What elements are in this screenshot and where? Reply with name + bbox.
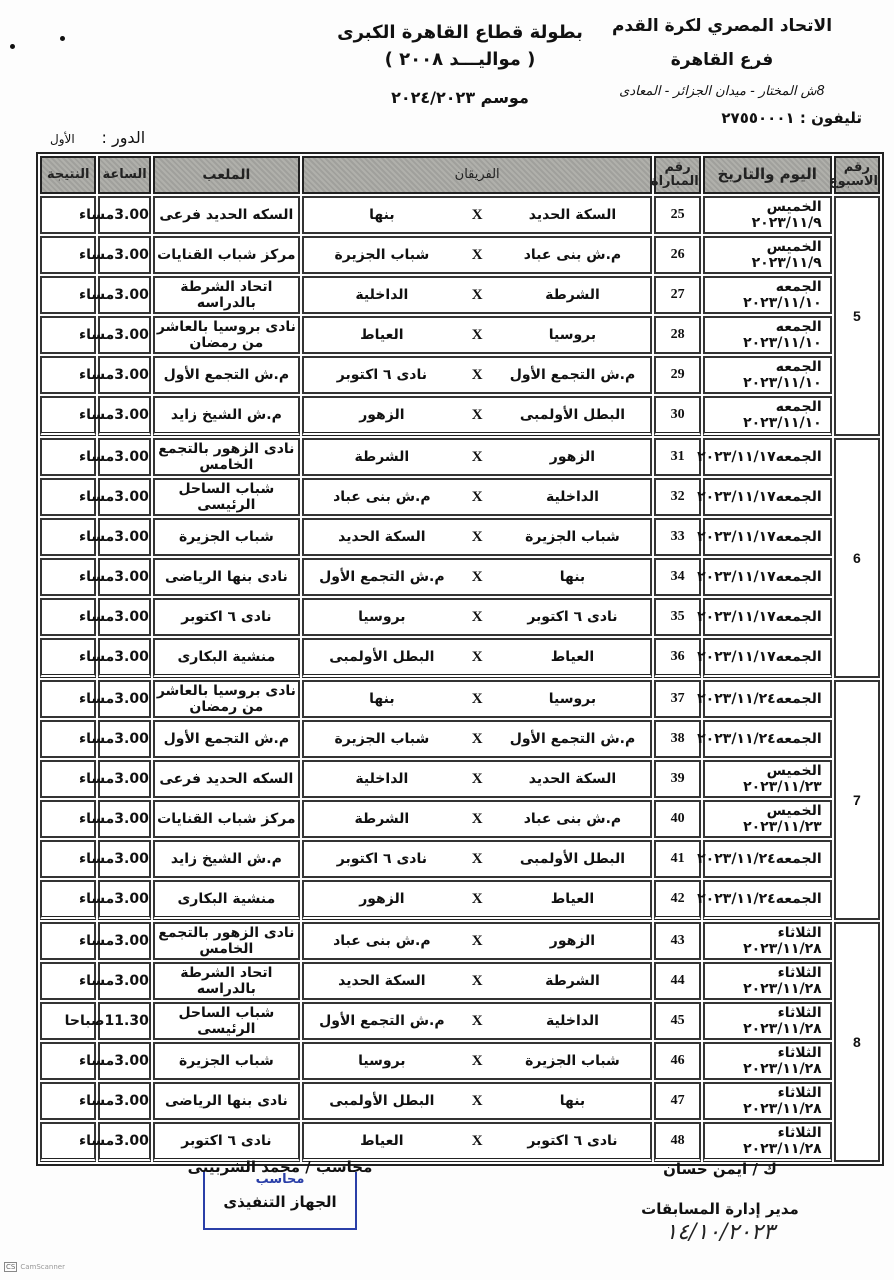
- home-team: بروسيا: [494, 691, 650, 707]
- match-number: 35: [654, 598, 700, 636]
- match-venue: نادى بنها الرياضى: [153, 1082, 300, 1120]
- match-venue: نادى بروسيا بالعاشر من رمضان: [153, 680, 300, 718]
- match-venue: نادى الزهور بالتجمع الخامس: [153, 438, 300, 476]
- away-team: الزهور: [304, 891, 460, 907]
- home-team: م.ش بنى عباد: [494, 811, 650, 827]
- match-date: الجمعه ٢٠٢٣/١١/١٠: [703, 396, 832, 436]
- match-number: 37: [654, 680, 700, 718]
- col-venue: الملعب: [153, 156, 300, 194]
- scanner-watermark: CS CamScanner: [4, 1262, 65, 1272]
- vs-mark: X: [460, 851, 495, 868]
- match-venue: منشية البكارى: [153, 638, 300, 678]
- match-date: الثلاثاء ٢٠٢٣/١١/٢٨: [703, 922, 832, 960]
- vs-mark: X: [460, 1053, 495, 1070]
- signatory-name: ك / ايمن حسان: [600, 1160, 840, 1178]
- week-number: 5: [834, 196, 880, 436]
- match-teams: البطل الأولمبى X نادى ٦ اكتوبر: [302, 840, 653, 878]
- table-row: الجمعه ٢٠٢٣/١١/١٠29 م.ش التجمع الأول X ن…: [40, 356, 880, 394]
- away-team: بنها: [304, 691, 460, 707]
- away-team: البطل الأولمبى: [304, 1093, 460, 1109]
- match-date: الجمعه٢٠٢٣/١١/٢٤: [703, 720, 832, 758]
- match-teams: شباب الجزيرة X السكة الحديد: [302, 518, 653, 556]
- table-row: الجمعه ٢٠٢٣/١١/١٠28 بروسيا X العياط نادى…: [40, 316, 880, 354]
- away-team: شباب الجزيرة: [304, 247, 460, 263]
- table-row: الجمعه٢٠٢٣/١١/١٧34 بنها X م.ش التجمع الأ…: [40, 558, 880, 596]
- match-time: 3.00مساء: [98, 840, 150, 878]
- home-team: الزهور: [494, 449, 650, 465]
- match-date: الثلاثاء ٢٠٢٣/١١/٢٨: [703, 1122, 832, 1162]
- match-time: 3.00مساء: [98, 478, 150, 516]
- match-time: 3.00مساء: [98, 396, 150, 436]
- match-venue: السكه الحديد فرعى: [153, 760, 300, 798]
- away-team: الزهور: [304, 407, 460, 423]
- table-row: الثلاثاء ٢٠٢٣/١١/٢٨45 الداخلية X م.ش الت…: [40, 1002, 880, 1040]
- match-venue: شباب الجزيرة: [153, 518, 300, 556]
- home-team: السكة الحديد: [494, 207, 650, 223]
- match-number: 46: [654, 1042, 700, 1080]
- schedule-body: 5الخميس ٢٠٢٣/١١/٩25 السكة الحديد X بنها …: [40, 196, 880, 1162]
- match-date: الخميس ٢٠٢٣/١١/٢٣: [703, 800, 832, 838]
- vs-mark: X: [460, 811, 495, 828]
- match-number: 28: [654, 316, 700, 354]
- match-time: 3.00مساء: [98, 236, 150, 274]
- home-team: م.ش التجمع الأول: [494, 731, 650, 747]
- home-team: البطل الأولمبى: [494, 851, 650, 867]
- org-header: الاتحاد المصري لكرة القدم فرع القاهرة 8ش…: [572, 14, 872, 127]
- vs-mark: X: [460, 1093, 495, 1110]
- col-date: اليوم والتاريخ: [703, 156, 832, 194]
- table-row: الجمعه ٢٠٢٣/١١/١٠27 الشرطة X الداخلية ات…: [40, 276, 880, 314]
- home-team: بنها: [494, 1093, 650, 1109]
- match-teams: م.ش التجمع الأول X نادى ٦ اكتوبر: [302, 356, 653, 394]
- stamp-line-1: محاسب: [205, 1172, 355, 1187]
- schedule-table: رقم الاسبوع اليوم والتاريخ رقم المباراة …: [36, 152, 884, 1166]
- phone-label: تليفون :: [800, 109, 862, 127]
- vs-mark: X: [460, 247, 495, 264]
- match-time: 3.00مساء: [98, 680, 150, 718]
- table-row: الخميس ٢٠٢٣/١١/٩26 م.ش بنى عباد X شباب ا…: [40, 236, 880, 274]
- match-time: 3.00مساء: [98, 196, 150, 234]
- match-date: الجمعه ٢٠٢٣/١١/١٠: [703, 356, 832, 394]
- table-row: الثلاثاء ٢٠٢٣/١١/٢٨47 بنها X البطل الأول…: [40, 1082, 880, 1120]
- home-team: نادى ٦ اكتوبر: [494, 609, 650, 625]
- vs-mark: X: [460, 529, 495, 546]
- table-row: الجمعه ٢٠٢٣/١١/١٠30 البطل الأولمبى X الز…: [40, 396, 880, 436]
- vs-mark: X: [460, 609, 495, 626]
- match-number: 34: [654, 558, 700, 596]
- vs-mark: X: [460, 489, 495, 506]
- match-number: 32: [654, 478, 700, 516]
- match-date: الجمعه ٢٠٢٣/١١/١٠: [703, 316, 832, 354]
- match-time: 3.00مساء: [98, 316, 150, 354]
- match-number: 43: [654, 922, 700, 960]
- vs-mark: X: [460, 449, 495, 466]
- match-teams: بروسيا X بنها: [302, 680, 653, 718]
- signature-block-accountant: محاسب / محمد الشربينى محاسب الجهاز التنف…: [180, 1158, 380, 1230]
- match-venue: شباب الساحل الرئيسى: [153, 478, 300, 516]
- match-teams: بنها X البطل الأولمبى: [302, 1082, 653, 1120]
- branch-name: فرع القاهرة: [572, 50, 872, 70]
- away-team: السكة الحديد: [304, 529, 460, 545]
- match-venue: مركز شباب القنايات: [153, 236, 300, 274]
- scanner-text: CamScanner: [20, 1263, 65, 1271]
- match-venue: نادى ٦ اكتوبر: [153, 598, 300, 636]
- match-date: الجمعه٢٠٢٣/١١/١٧: [703, 438, 832, 476]
- table-row: الجمعه٢٠٢٣/١١/١٧33 شباب الجزيرة X السكة …: [40, 518, 880, 556]
- match-teams: العياط X الزهور: [302, 880, 653, 920]
- match-number: 42: [654, 880, 700, 920]
- match-time: 3.00مساء: [98, 638, 150, 678]
- match-number: 27: [654, 276, 700, 314]
- match-teams: م.ش التجمع الأول X شباب الجزيرة: [302, 720, 653, 758]
- vs-mark: X: [460, 771, 495, 788]
- vs-mark: X: [460, 731, 495, 748]
- away-team: بروسيا: [304, 609, 460, 625]
- table-row: 8الثلاثاء ٢٠٢٣/١١/٢٨43 الزهور X م.ش بنى …: [40, 922, 880, 960]
- home-team: م.ش بنى عباد: [494, 247, 650, 263]
- table-row: الجمعه٢٠٢٣/١١/١٧32 الداخلية X م.ش بنى عب…: [40, 478, 880, 516]
- col-result: النتيجة: [40, 156, 96, 194]
- vs-mark: X: [460, 891, 495, 908]
- away-team: شباب الجزيرة: [304, 731, 460, 747]
- table-row: الخميس ٢٠٢٣/١١/٢٣39 السكة الحديد X الداخ…: [40, 760, 880, 798]
- match-number: 30: [654, 396, 700, 436]
- phone-line: تليفون : ٢٧٥٥٠٠٠١: [572, 109, 872, 127]
- match-teams: السكة الحديد X بنها: [302, 196, 653, 234]
- home-team: الداخلية: [494, 489, 650, 505]
- match-time: 3.00مساء: [98, 720, 150, 758]
- match-time: 3.00مساء: [98, 760, 150, 798]
- vs-mark: X: [460, 327, 495, 344]
- table-row: الجمعه٢٠٢٣/١١/١٧36 العياط X البطل الأولم…: [40, 638, 880, 678]
- away-team: م.ش التجمع الأول: [304, 569, 460, 585]
- match-time: 11.30صباحا: [98, 1002, 150, 1040]
- match-date: الجمعه٢٠٢٣/١١/١٧: [703, 638, 832, 678]
- away-team: بنها: [304, 207, 460, 223]
- match-date: الجمعه٢٠٢٣/١١/١٧: [703, 598, 832, 636]
- address: 8ش المختار - ميدان الجزائر - المعادى: [572, 84, 872, 99]
- away-team: الداخلية: [304, 287, 460, 303]
- home-team: البطل الأولمبى: [494, 407, 650, 423]
- week-number: 6: [834, 438, 880, 678]
- match-number: 33: [654, 518, 700, 556]
- week-number: 7: [834, 680, 880, 920]
- match-number: 39: [654, 760, 700, 798]
- match-date: الجمعه٢٠٢٣/١١/١٧: [703, 478, 832, 516]
- match-time: 3.00مساء: [98, 880, 150, 920]
- away-team: نادى ٦ اكتوبر: [304, 367, 460, 383]
- match-venue: م.ش الشيخ زايد: [153, 396, 300, 436]
- signatory-title: مدير إدارة المسابقات: [600, 1200, 840, 1218]
- season: موسم ٢٠٢٤/٢٠٢٣: [310, 88, 610, 107]
- match-number: 38: [654, 720, 700, 758]
- home-team: الشرطة: [494, 973, 650, 989]
- match-number: 31: [654, 438, 700, 476]
- home-team: العياط: [494, 891, 650, 907]
- home-team: نادى ٦ اكتوبر: [494, 1133, 650, 1149]
- match-teams: الشرطة X الداخلية: [302, 276, 653, 314]
- match-number: 45: [654, 1002, 700, 1040]
- match-teams: بروسيا X العياط: [302, 316, 653, 354]
- match-number: 26: [654, 236, 700, 274]
- table-row: الجمعه٢٠٢٣/١١/٢٤42 العياط X الزهور منشية…: [40, 880, 880, 920]
- home-team: م.ش التجمع الأول: [494, 367, 650, 383]
- match-date: الجمعه٢٠٢٣/١١/١٧: [703, 558, 832, 596]
- match-teams: شباب الجزيرة X بروسيا: [302, 1042, 653, 1080]
- table-row: الثلاثاء ٢٠٢٣/١١/٢٨44 الشرطة X السكة الح…: [40, 962, 880, 1000]
- home-team: الزهور: [494, 933, 650, 949]
- match-time: 3.00مساء: [98, 800, 150, 838]
- away-team: الشرطة: [304, 811, 460, 827]
- match-venue: السكه الحديد فرعى: [153, 196, 300, 234]
- match-venue: شباب الجزيرة: [153, 1042, 300, 1080]
- official-stamp: محاسب الجهاز التنفيذى: [203, 1172, 357, 1230]
- table-row: الجمعه٢٠٢٣/١١/٢٤41 البطل الأولمبى X نادى…: [40, 840, 880, 878]
- home-team: السكة الحديد: [494, 771, 650, 787]
- match-teams: الشرطة X السكة الحديد: [302, 962, 653, 1000]
- home-team: بنها: [494, 569, 650, 585]
- match-number: 40: [654, 800, 700, 838]
- round-label: الدور :: [101, 128, 145, 147]
- match-number: 36: [654, 638, 700, 678]
- match-date: الجمعه٢٠٢٣/١١/٢٤: [703, 840, 832, 878]
- match-time: 3.00مساء: [98, 518, 150, 556]
- match-time: 3.00مساء: [98, 276, 150, 314]
- match-venue: اتحاد الشرطة بالدراسه: [153, 962, 300, 1000]
- match-number: 25: [654, 196, 700, 234]
- match-time: 3.00مساء: [98, 962, 150, 1000]
- signature-block-competitions: ك / ايمن حسان مدير إدارة المسابقات ١٤/١٠…: [600, 1160, 840, 1245]
- home-team: الداخلية: [494, 1013, 650, 1029]
- match-venue: مركز شباب القنايات: [153, 800, 300, 838]
- match-teams: العياط X البطل الأولمبى: [302, 638, 653, 678]
- match-number: 29: [654, 356, 700, 394]
- vs-mark: X: [460, 207, 495, 224]
- vs-mark: X: [460, 287, 495, 304]
- table-row: الجمعه٢٠٢٣/١١/١٧35 نادى ٦ اكتوبر X بروسي…: [40, 598, 880, 636]
- away-team: العياط: [304, 1133, 460, 1149]
- match-time: 3.00مساء: [98, 1042, 150, 1080]
- match-venue: م.ش التجمع الأول: [153, 356, 300, 394]
- home-team: الشرطة: [494, 287, 650, 303]
- col-time: الساعة: [98, 156, 150, 194]
- away-team: الداخلية: [304, 771, 460, 787]
- vs-mark: X: [460, 1133, 495, 1150]
- away-team: العياط: [304, 327, 460, 343]
- match-time: 3.00مساء: [98, 1082, 150, 1120]
- match-teams: نادى ٦ اكتوبر X العياط: [302, 1122, 653, 1162]
- vs-mark: X: [460, 649, 495, 666]
- match-teams: الداخلية X م.ش التجمع الأول: [302, 1002, 653, 1040]
- match-date: الخميس ٢٠٢٣/١١/٩: [703, 236, 832, 274]
- table-row: الثلاثاء ٢٠٢٣/١١/٢٨48 نادى ٦ اكتوبر X ال…: [40, 1122, 880, 1162]
- match-venue: شباب الساحل الرئيسى: [153, 1002, 300, 1040]
- match-number: 41: [654, 840, 700, 878]
- match-venue: منشية البكارى: [153, 880, 300, 920]
- tournament-title: بطولة قطاع القاهرة الكبرى: [310, 22, 610, 43]
- phone-number: ٢٧٥٥٠٠٠١: [721, 109, 794, 127]
- vs-mark: X: [460, 973, 495, 990]
- match-teams: الداخلية X م.ش بنى عباد: [302, 478, 653, 516]
- match-time: 3.00مساء: [98, 438, 150, 476]
- match-teams: السكة الحديد X الداخلية: [302, 760, 653, 798]
- match-date: الثلاثاء ٢٠٢٣/١١/٢٨: [703, 1042, 832, 1080]
- match-teams: بنها X م.ش التجمع الأول: [302, 558, 653, 596]
- col-match: رقم المباراة: [654, 156, 700, 194]
- vs-mark: X: [460, 407, 495, 424]
- match-teams: البطل الأولمبى X الزهور: [302, 396, 653, 436]
- match-venue: م.ش التجمع الأول: [153, 720, 300, 758]
- match-time: 3.00مساء: [98, 1122, 150, 1162]
- match-number: 48: [654, 1122, 700, 1162]
- ink-dot: [60, 36, 65, 41]
- match-venue: نادى بنها الرياضى: [153, 558, 300, 596]
- away-team: الشرطة: [304, 449, 460, 465]
- table-row: الثلاثاء ٢٠٢٣/١١/٢٨46 شباب الجزيرة X برو…: [40, 1042, 880, 1080]
- camscanner-icon: CS: [4, 1262, 17, 1272]
- match-venue: م.ش الشيخ زايد: [153, 840, 300, 878]
- match-date: الثلاثاء ٢٠٢٣/١١/٢٨: [703, 962, 832, 1000]
- round-info: الدور : الأول: [50, 128, 145, 147]
- match-date: الخميس ٢٠٢٣/١١/٢٣: [703, 760, 832, 798]
- stamp-line-2: الجهاز التنفيذى: [205, 1193, 355, 1211]
- match-date: الجمعه٢٠٢٣/١١/٢٤: [703, 680, 832, 718]
- handwritten-date: ١٤/١٠/٢٠٢٣: [600, 1220, 840, 1245]
- match-time: 3.00مساء: [98, 558, 150, 596]
- match-teams: الزهور X الشرطة: [302, 438, 653, 476]
- away-team: بروسيا: [304, 1053, 460, 1069]
- home-team: العياط: [494, 649, 650, 665]
- table-row: الخميس ٢٠٢٣/١١/٢٣40 م.ش بنى عباد X الشرط…: [40, 800, 880, 838]
- away-team: البطل الأولمبى: [304, 649, 460, 665]
- away-team: السكة الحديد: [304, 973, 460, 989]
- vs-mark: X: [460, 691, 495, 708]
- week-number: 8: [834, 922, 880, 1162]
- away-team: م.ش بنى عباد: [304, 933, 460, 949]
- home-team: بروسيا: [494, 327, 650, 343]
- vs-mark: X: [460, 1013, 495, 1030]
- col-week: رقم الاسبوع: [834, 156, 880, 194]
- home-team: شباب الجزيرة: [494, 1053, 650, 1069]
- match-teams: م.ش بنى عباد X الشرطة: [302, 800, 653, 838]
- table-row: الجمعه٢٠٢٣/١١/٢٤38 م.ش التجمع الأول X شب…: [40, 720, 880, 758]
- away-team: م.ش التجمع الأول: [304, 1013, 460, 1029]
- match-time: 3.00مساء: [98, 356, 150, 394]
- table-row: 7الجمعه٢٠٢٣/١١/٢٤37 بروسيا X بنها نادى ب…: [40, 680, 880, 718]
- match-time: 3.00مساء: [98, 922, 150, 960]
- away-team: نادى ٦ اكتوبر: [304, 851, 460, 867]
- age-group: ( مواليـــد ٢٠٠٨ ): [310, 49, 610, 70]
- match-date: الجمعه ٢٠٢٣/١١/١٠: [703, 276, 832, 314]
- match-number: 44: [654, 962, 700, 1000]
- match-venue: نادى الزهور بالتجمع الخامس: [153, 922, 300, 960]
- ink-dot: [10, 44, 15, 49]
- match-time: 3.00مساء: [98, 598, 150, 636]
- home-team: شباب الجزيرة: [494, 529, 650, 545]
- match-venue: نادى بروسيا بالعاشر من رمضان: [153, 316, 300, 354]
- vs-mark: X: [460, 569, 495, 586]
- match-date: الثلاثاء ٢٠٢٣/١١/٢٨: [703, 1082, 832, 1120]
- match-teams: الزهور X م.ش بنى عباد: [302, 922, 653, 960]
- match-number: 47: [654, 1082, 700, 1120]
- match-date: الجمعه٢٠٢٣/١١/٢٤: [703, 880, 832, 920]
- match-teams: نادى ٦ اكتوبر X بروسيا: [302, 598, 653, 636]
- round-value: الأول: [50, 132, 75, 146]
- match-venue: نادى ٦ اكتوبر: [153, 1122, 300, 1162]
- table-row: 5الخميس ٢٠٢٣/١١/٩25 السكة الحديد X بنها …: [40, 196, 880, 234]
- away-team: م.ش بنى عباد: [304, 489, 460, 505]
- tournament-header: بطولة قطاع القاهرة الكبرى ( مواليـــد ٢٠…: [310, 22, 610, 107]
- match-teams: م.ش بنى عباد X شباب الجزيرة: [302, 236, 653, 274]
- org-name: الاتحاد المصري لكرة القدم: [572, 16, 872, 36]
- table-row: 6الجمعه٢٠٢٣/١١/١٧31 الزهور X الشرطة نادى…: [40, 438, 880, 476]
- match-date: الخميس ٢٠٢٣/١١/٩: [703, 196, 832, 234]
- match-date: الجمعه٢٠٢٣/١١/١٧: [703, 518, 832, 556]
- vs-mark: X: [460, 933, 495, 950]
- col-teams: الفريقان: [302, 156, 653, 194]
- vs-mark: X: [460, 367, 495, 384]
- table-header-row: رقم الاسبوع اليوم والتاريخ رقم المباراة …: [40, 156, 880, 194]
- match-venue: اتحاد الشرطة بالدراسه: [153, 276, 300, 314]
- match-date: الثلاثاء ٢٠٢٣/١١/٢٨: [703, 1002, 832, 1040]
